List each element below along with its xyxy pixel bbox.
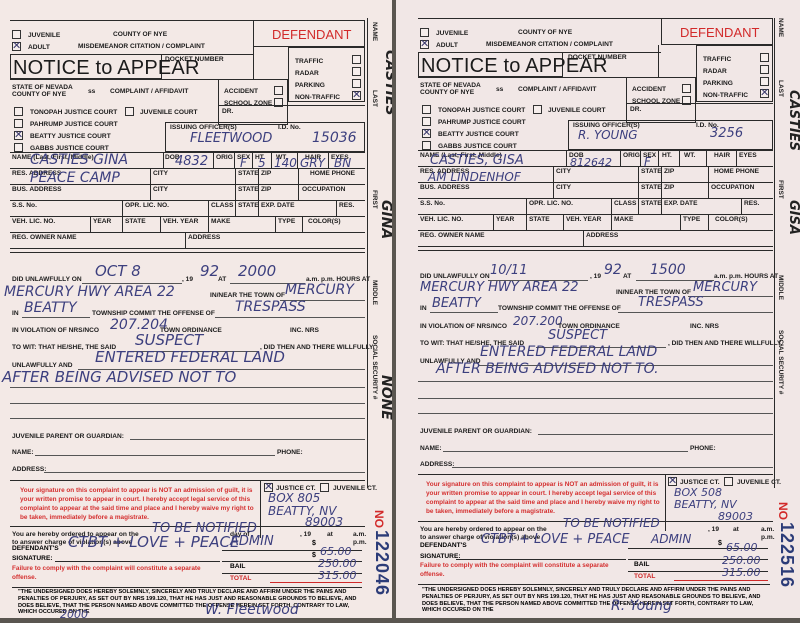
at-label: AT [623,273,631,280]
citation-type: MISDEMEANOR CITATION / COMPLAINT [486,41,613,48]
accident-checkbox[interactable] [274,86,283,95]
ticket-no-label: NO [372,510,386,528]
make-label: MAKE [614,216,633,223]
res-label: RES. [339,202,354,209]
said-value[interactable]: SUSPECT [548,328,607,343]
bail-label: BAIL [634,561,649,568]
county-of-label: COUNTY OF NYE [420,89,474,96]
offense-date[interactable]: OCT 8 [95,262,141,280]
complainant-signature[interactable]: W. Fleetwood [205,602,299,618]
bus-address-label: BUS. ADDRESS [12,186,62,193]
side-ssn-label: SOCIAL SECURITY # [371,335,378,399]
defendant-signature-label-1: DEFENDANT'S [420,542,467,549]
appear-am-label: a.m. [353,531,366,538]
eyes-label: EYES [739,152,757,159]
gabbs-court-checkbox[interactable] [422,141,431,150]
home-phone-label: HOME PHONE [714,168,759,175]
copy-label-box: DEFENDANT [253,20,365,47]
class-label: CLASS [211,202,233,209]
state-label-lic: STATE [641,200,662,207]
traffic-checkbox[interactable] [760,53,769,62]
currency-symbol: $ [312,552,316,559]
pahrump-court-checkbox[interactable] [14,119,23,128]
defendant-res-address[interactable]: AM LINDENHOF [428,170,521,184]
dr-label: DR. [222,108,233,115]
juvenile-ct-label: JUVENILE CT. [333,485,377,492]
radar-checkbox[interactable] [352,67,361,76]
admin-fee-value[interactable]: 65.00 [726,541,758,554]
bail-label: BAIL [230,563,245,570]
exp-date-label: EXP. DATE [261,202,294,209]
juvenile-court-checkbox[interactable] [125,107,134,116]
defendant-sex[interactable]: F [644,155,651,169]
parking-checkbox[interactable] [352,79,361,88]
side-middle-label: MIDDLE [777,275,784,300]
offense-time[interactable]: 2000 [238,262,276,280]
tonopah-court-label: TONOPAH JUSTICE COURT [438,107,525,114]
side-name-label: NAME [777,18,784,37]
offense-location[interactable]: MERCURY HWY AREA 22 [4,284,175,300]
gabbs-court-checkbox[interactable] [14,143,23,152]
traffic-label: TRAFFIC [703,56,731,63]
officer-id-label: I.D. No. [278,124,301,131]
adult-checkbox[interactable] [420,40,429,49]
tonopah-court-checkbox[interactable] [422,105,431,114]
defendant-signature-label-1: DEFENDANT'S [12,545,59,552]
juvenile-court-label: JUVENILE COURT [140,109,198,116]
veh-year-label: VEH. YEAR [163,218,198,225]
narrative-line-2[interactable]: AFTER BEING ADVISED NOT TO [2,368,236,386]
failure-notice: Failure to comply with the complaint wil… [12,564,217,582]
defendant-hair[interactable]: GRY [300,156,325,170]
ampm-hours-label: a.m. p.m. HOURS AT [714,273,778,280]
side-last-value[interactable]: CASTIES [786,90,800,151]
pahrump-court-label: PAHRUMP JUSTICE COURT [438,119,526,126]
type-label: TYPE [278,218,295,225]
did-unlawfully-label: DID UNLAWFULLY ON [420,273,490,280]
side-last-label: LAST [371,90,378,107]
type-label: TYPE [683,216,700,223]
state-label-lic: STATE [238,202,259,209]
docket-number-label: DOCKET NUMBER [165,56,224,63]
juvenile-court-label: JUVENILE COURT [548,107,606,114]
beatty-court-label: BEATTY JUSTICE COURT [438,131,519,138]
appear-year-label: , 19 [300,531,311,538]
state-label-res: STATE [238,170,259,177]
opr-lic-label: OPR. LIC. NO. [529,200,573,207]
non-traffic-checkbox[interactable] [760,89,769,98]
adult-label: ADULT [28,44,50,51]
ss-label: ss [496,86,503,93]
juvenile-checkbox[interactable] [12,30,21,39]
colors-label: COLOR(S) [715,216,748,223]
year-label: YEAR [496,216,514,223]
ticket-number: 122046 [371,530,392,596]
copy-label: DEFENDANT [272,27,351,42]
tonopah-court-label: TONOPAH JUSTICE COURT [30,109,117,116]
side-first-value[interactable]: GISA [786,200,800,235]
state-label-bus: STATE [641,184,662,191]
state-label-res: STATE [641,168,662,175]
form-body: DEFENDANT JUVENILE COUNTY OF NYE ADULT M… [418,18,773,600]
orig-label: ORIG [216,154,233,161]
pahrump-court-label: PAHRUMP JUSTICE COURT [30,121,118,128]
guardian-label: JUVENILE PARENT OR GUARDIAN: [12,433,124,440]
home-phone-label: HOME PHONE [310,170,355,177]
year-label: YEAR [93,218,111,225]
defendant-name[interactable]: CASTIES GINA [30,152,128,168]
complaint-label: COMPLAINT / AFFIDAVIT [518,86,596,93]
juvenile-ct-checkbox[interactable] [320,483,329,492]
court-address-line-1[interactable]: BOX 805 [268,491,320,505]
accident-label: ACCIDENT [224,88,258,95]
county-label: COUNTY OF NYE [518,29,572,36]
did-then-label: , DID THEN AND THERE WILLFULLY, [668,340,783,347]
tonopah-court-checkbox[interactable] [14,107,23,116]
state-label-veh: STATE [529,216,550,223]
veh-year-label: VEH. YEAR [566,216,601,223]
commit-offense-label: TOWNSHIP COMMIT THE OFFENSE OF [92,310,215,317]
defendant-dob[interactable]: 812642 [570,156,612,169]
defendant-res-address[interactable]: PEACE CAMP [30,170,120,186]
citation-form-right: DEFENDANT JUVENILE COUNTY OF NYE ADULT M… [396,0,800,618]
defendant-name[interactable]: CASTIES, GISA [430,153,524,168]
guardian-address-label: ADDRESS: [12,466,46,473]
in-label: IN [12,310,19,317]
offense-date[interactable]: 10/11 [490,263,527,278]
defendant-sex[interactable]: F [240,156,247,170]
opr-lic-label: OPR. LIC. NO. [125,202,169,209]
defendant-signature[interactable]: CTBT + LOVE + PEACE [68,533,239,551]
occupation-label: OCCUPATION [302,186,345,193]
offense-town[interactable]: MERCURY [285,282,354,298]
perjury-declaration: "THE UNDERSIGNED DOES HEREBY SOLEMNLY, S… [422,587,767,614]
beatty-court-label: BEATTY JUSTICE COURT [30,133,111,140]
currency-symbol: $ [312,540,316,547]
offense-town[interactable]: MERCURY [693,280,757,295]
violation-label: IN VIOLATION OF NRS/NCO [12,327,99,334]
reg-owner-label: REG. OWNER NAME [420,232,484,239]
zip-label-res: ZIP [261,170,271,177]
defendant-ht[interactable]: 5 [258,156,266,170]
side-last-value[interactable]: CASTIES [382,50,392,116]
offense-year[interactable]: 92 [604,262,622,278]
defendant-eyes[interactable]: BN [334,156,351,170]
parking-label: PARKING [295,82,325,89]
side-name-label: NAME [371,22,378,41]
narrative-line-1[interactable]: ENTERED FEDERAL LAND [95,348,285,366]
docket-number-label: DOCKET NUMBER [568,54,627,61]
beatty-court-checkbox[interactable] [14,131,23,140]
in-near-label: IN/NEAR THE TOWN OF [210,292,285,299]
guardian-address-label: ADDRESS: [420,461,454,468]
dr-label: DR. [630,106,641,113]
violation-label: IN VIOLATION OF NRS/NCO [420,323,507,330]
state-label-veh: STATE [125,218,146,225]
juvenile-label: JUVENILE [28,32,60,39]
side-last-label: LAST [777,80,784,97]
ticket-no-label: NO [776,502,790,520]
occupation-label: OCCUPATION [711,184,754,191]
veh-lic-label: VEH. LIC. NO. [12,218,55,225]
admin-fee-label: ADMIN [651,532,691,546]
offense-township[interactable]: BEATTY [24,300,77,316]
total-label: TOTAL [634,573,655,580]
ss-no-label: S.S. No. [12,202,37,209]
side-first-label: FIRST [777,180,784,199]
offense-name[interactable]: TRESPASS [638,295,704,310]
side-ssn-value[interactable]: NONE [378,375,392,420]
commit-offense-label: TOWNSHIP COMMIT THE OFFENSE OF [498,305,621,312]
city-label: CITY [153,170,168,177]
exp-date-label: EXP. DATE [664,200,697,207]
state-label: STATE OF NEVADA [12,84,73,91]
violation-statute[interactable]: 207.200 [513,314,563,328]
city-label-bus: CITY [556,184,571,191]
side-middle-label: MIDDLE [371,280,378,305]
guardian-phone-label: PHONE: [690,445,716,452]
appear-am-label: a.m. [761,526,774,533]
year-prefix: , 19 [182,276,193,283]
total-value[interactable]: 315.00 [722,566,761,579]
offense-time[interactable]: 1500 [650,262,686,278]
juvenile-checkbox[interactable] [420,28,429,37]
adult-label: ADULT [436,42,458,49]
non-traffic-checkbox[interactable] [352,91,361,100]
complainant-signature[interactable]: R. Young [611,598,672,614]
total-label: TOTAL [230,575,251,582]
parking-checkbox[interactable] [760,77,769,86]
appear-date-value[interactable]: TO BE NOTIFIED [563,516,660,530]
offense-name[interactable]: TRESPASS [235,299,306,315]
traffic-checkbox[interactable] [352,55,361,64]
city-label-bus: CITY [153,186,168,193]
ss-label: ss [88,88,95,95]
narrative-line-1[interactable]: ENTERED FEDERAL LAND [480,344,657,360]
defendant-signature[interactable]: CTBT + LOVE + PEACE [481,532,630,547]
appear-year-label: , 19 [708,526,719,533]
juvenile-label: JUVENILE [436,30,468,37]
reg-owner-label: REG. OWNER NAME [12,234,76,241]
did-unlawfully-label: DID UNLAWFULLY ON [12,276,82,283]
gabbs-court-label: GABBS JUSTICE COURT [438,143,517,150]
guardian-name-label: NAME: [12,449,34,456]
offense-year[interactable]: 92 [200,262,219,280]
appear-at-label: at [327,531,333,538]
complaint-label: COMPLAINT / AFFIDAVIT [110,88,188,95]
issuing-officer-value[interactable]: R. YOUNG [578,128,638,142]
class-label: CLASS [614,200,636,207]
veh-lic-label: VEH. LIC. NO. [420,216,463,223]
side-first-label: FIRST [371,190,378,209]
non-traffic-label: NON-TRAFFIC [295,94,340,101]
county-label: COUNTY OF NYE [113,31,167,38]
justice-ct-checkbox[interactable] [668,477,677,486]
offense-location[interactable]: MERCURY HWY AREA 22 [420,280,579,295]
appear-at-label: at [733,526,739,533]
beatty-court-checkbox[interactable] [422,129,431,138]
narrative-line-2[interactable]: AFTER BEING ADVISED NOT TO. [436,361,659,377]
gabbs-court-label: GABBS JUSTICE COURT [30,145,109,152]
total-value[interactable]: 315.00 [318,569,357,582]
declaration-time[interactable]: 2000 [60,608,88,618]
adult-checkbox[interactable] [12,42,21,51]
res-label: RES. [744,200,759,207]
guardian-label: JUVENILE PARENT OR GUARDIAN: [420,428,532,435]
form-body: DEFENDANT JUVENILE COUNTY OF NYE ADULT M… [10,18,365,600]
currency-symbol: $ [718,540,722,547]
ht-label: HT. [662,152,672,159]
side-ssn-label: SOCIAL SECURITY # [777,330,784,394]
admin-fee-label: ADMIN [230,534,274,549]
copy-label: DEFENDANT [680,25,759,40]
year-prefix: , 19 [590,273,601,280]
defendant-signature-label-2: SIGNATURE: [420,553,461,560]
at-label: AT [218,276,226,283]
in-label: IN [420,305,427,312]
legal-notice: Your signature on this complaint to appe… [426,480,661,516]
defendant-signature-label-2: SIGNATURE: [12,555,53,562]
zip-label-bus: ZIP [664,184,674,191]
defendant-wt[interactable]: 140 [274,156,297,170]
citation-form-left: DEFENDANT JUVENILE COUNTY OF NYE ADULT M… [0,0,392,618]
county-of-label: COUNTY OF NYE [12,91,66,98]
traffic-label: TRAFFIC [295,58,323,65]
hair-label: HAIR [714,152,730,159]
side-first-value[interactable]: GINA [378,200,392,239]
issuing-officer-value[interactable]: FLEETWOOD [190,131,272,146]
owner-address-label: ADDRESS [586,232,618,239]
juvenile-court-checkbox[interactable] [533,105,542,114]
legal-notice: Your signature on this complaint to appe… [20,486,255,522]
juvenile-ct-checkbox[interactable] [724,477,733,486]
parking-label: PARKING [703,80,733,87]
guardian-phone-label: PHONE: [277,449,303,456]
ticket-number: 122516 [776,522,797,588]
city-label: CITY [556,168,571,175]
appear-pm-label: p.m. [353,539,367,546]
officer-id-value[interactable]: 15036 [312,130,357,146]
zip-label-bus: ZIP [261,186,271,193]
make-label: MAKE [211,218,230,225]
said-value[interactable]: SUSPECT [135,331,203,349]
defendant-dob[interactable]: 4832 [175,154,208,169]
citation-type: MISDEMEANOR CITATION / COMPLAINT [78,43,205,50]
failure-notice: Failure to comply with the complaint wil… [420,561,625,579]
zip-label-res: ZIP [664,168,674,175]
state-label-bus: STATE [238,186,259,193]
bus-address-label: BUS. ADDRESS [420,184,470,191]
radar-label: RADAR [703,68,727,75]
copy-label-box: DEFENDANT [661,18,773,45]
offense-township[interactable]: BEATTY [432,296,481,311]
issuing-officer-label: ISSUING OFFICER(S) [170,124,237,131]
officer-id-value[interactable]: 3256 [710,126,743,141]
radar-label: RADAR [295,70,319,77]
appear-pm-label: p.m. [761,534,775,541]
wt-label: WT. [684,152,695,159]
pahrump-court-checkbox[interactable] [422,117,431,126]
justice-ct-label: JUSTICE CT. [680,479,720,486]
colors-label: COLOR(S) [308,218,341,225]
state-label: STATE OF NEVADA [420,82,481,89]
orig-label: ORIG [623,152,640,159]
inc-nrs-label: INC. NRS [290,327,319,334]
non-traffic-label: NON-TRAFFIC [703,92,748,99]
owner-address-label: ADDRESS [188,234,220,241]
ss-no-label: S.S. No. [420,200,445,207]
inc-nrs-label: INC. NRS [690,323,719,330]
accident-checkbox[interactable] [682,84,691,93]
radar-checkbox[interactable] [760,65,769,74]
accident-label: ACCIDENT [632,86,666,93]
guardian-name-label: NAME: [420,445,442,452]
